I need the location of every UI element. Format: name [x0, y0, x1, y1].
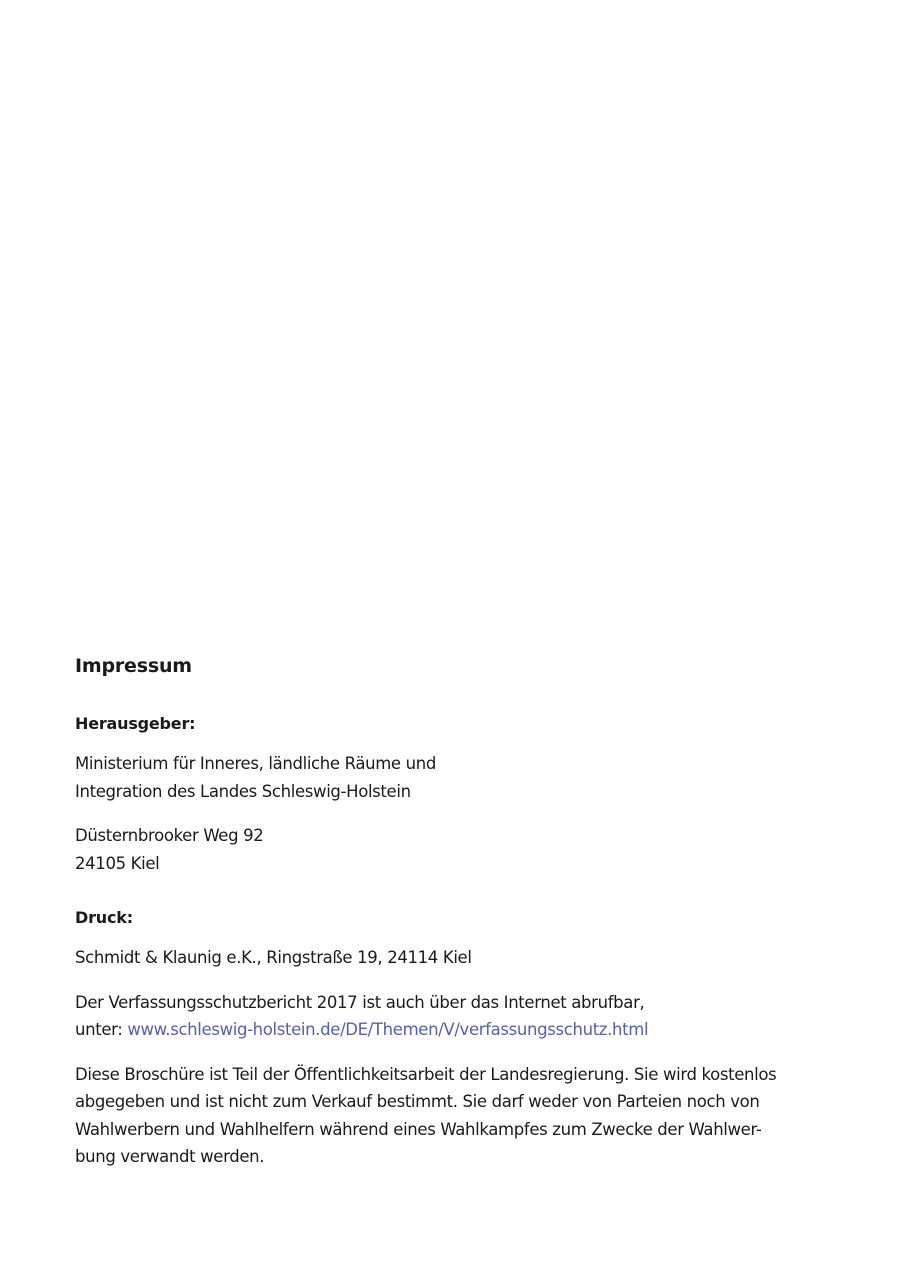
impressum-section: Impressum Herausgeber: Ministerium für I… [75, 652, 835, 1171]
distribution-notice: Diese Broschüre ist Teil der Öffentlichk… [75, 1061, 835, 1171]
internet-line: Der Verfassungsschutzbericht 2017 ist au… [75, 989, 835, 1017]
internet-availability: Der Verfassungsschutzbericht 2017 ist au… [75, 989, 835, 1044]
printer-line: Schmidt & Klaunig e.K., Ringstraße 19, 2… [75, 944, 835, 972]
address-city: 24105 Kiel [75, 850, 835, 878]
organization-line: Ministerium für Inneres, ländliche Räume… [75, 750, 835, 778]
notice-line: Diese Broschüre ist Teil der Öffentlichk… [75, 1061, 835, 1089]
address-street: Düsternbrooker Weg 92 [75, 822, 835, 850]
page-title: Impressum [75, 652, 835, 680]
publisher-organization: Ministerium für Inneres, ländliche Räume… [75, 750, 835, 805]
printer-info: Schmidt & Klaunig e.K., Ringstraße 19, 2… [75, 944, 835, 972]
title-wrap: Impressum [75, 652, 835, 680]
organization-line: Integration des Landes Schleswig-Holstei… [75, 778, 835, 806]
notice-line: abgegeben und ist nicht zum Verkauf best… [75, 1088, 835, 1116]
internet-url-line: unter: www.schleswig-holstein.de/DE/Them… [75, 1016, 835, 1044]
website-link[interactable]: www.schleswig-holstein.de/DE/Themen/V/ve… [127, 1020, 648, 1039]
publisher-label: Herausgeber: [75, 712, 835, 736]
publisher-address: Düsternbrooker Weg 92 24105 Kiel [75, 822, 835, 877]
notice-line: Wahlwerbern und Wahlhelfern während eine… [75, 1116, 835, 1144]
print-label: Druck: [75, 906, 835, 930]
url-prefix: unter: [75, 1020, 127, 1039]
notice-line: bung verwandt werden. [75, 1143, 835, 1171]
